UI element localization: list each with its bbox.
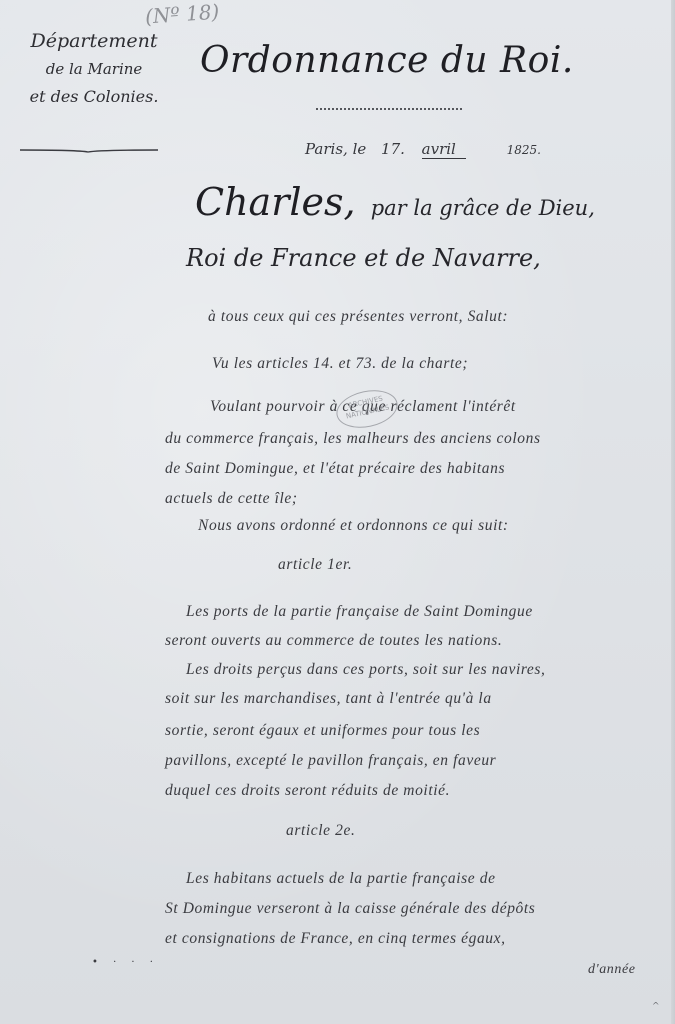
article-1-line: sortie, seront égaux et uniformes pour t… (165, 722, 480, 740)
realm-title: Roi de France et de Navarre, (186, 244, 541, 272)
dateline: Paris, le 17. avril 1825. (305, 140, 541, 158)
article-2-line: et consignations de France, en cinq term… (165, 930, 506, 948)
archives-nationales-stamp: ARCHIVES NATIONALES (333, 385, 401, 433)
king-line: Charles, par la grâce de Dieu, (195, 180, 595, 224)
paper-edge (671, 0, 675, 1024)
department-line-3: et des Colonies. (14, 84, 174, 110)
catchword: d'année (588, 962, 636, 978)
ink-specks: • · · · (92, 957, 159, 968)
article-2-line: St Domingue verseront à la caisse généra… (165, 900, 535, 918)
catalog-number: (Nº 18) (144, 0, 220, 29)
title-divider (316, 108, 462, 110)
article-1-heading: article 1er. (278, 556, 352, 574)
charter-reference: Vu les articles 14. et 73. de la charte; (212, 355, 468, 373)
grace-of-god: par la grâce de Dieu, (371, 196, 595, 220)
date-place: Paris, le (305, 140, 366, 158)
document-page: (Nº 18) Département de la Marine et des … (0, 0, 675, 1024)
recital-line: du commerce français, les malheurs des a… (165, 430, 541, 448)
date-month: avril (422, 140, 466, 159)
recital-line: actuels de cette île; (165, 490, 298, 508)
article-2-heading: article 2e. (286, 822, 355, 840)
date-year: 1825. (507, 143, 541, 157)
salutation: à tous ceux qui ces présentes verront, S… (208, 308, 508, 326)
article-1-line: Les droits perçus dans ces ports, soit s… (186, 661, 546, 679)
recital-line: de Saint Domingue, et l'état précaire de… (165, 460, 505, 478)
department-line-1: Département (14, 28, 174, 54)
department-line-2: de la Marine (14, 56, 174, 82)
article-1-line: soit sur les marchandises, tant à l'entr… (165, 690, 492, 708)
enacting-clause: Nous avons ordonné et ordonnons ce qui s… (198, 517, 509, 535)
article-1-line: pavillons, excepté le pavillon français,… (165, 752, 496, 770)
corner-mark: ^ (652, 1002, 660, 1012)
document-title: Ordonnance du Roi. (200, 40, 574, 81)
date-day: 17. (381, 140, 405, 158)
king-name: Charles, (195, 180, 356, 224)
article-1-line: seront ouverts au commerce de toutes les… (165, 632, 502, 650)
article-1-line: Les ports de la partie française de Sain… (186, 603, 533, 621)
department-flourish (18, 148, 160, 154)
article-2-line: Les habitans actuels de la partie frança… (186, 870, 496, 888)
department-heading: Département de la Marine et des Colonies… (14, 28, 174, 110)
article-1-line: duquel ces droits seront réduits de moit… (165, 782, 450, 800)
